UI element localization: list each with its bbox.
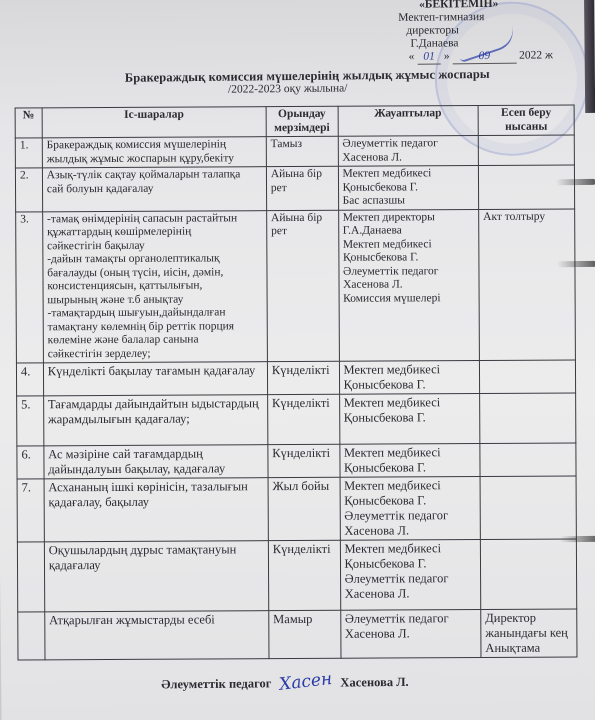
cell-responsible-line: Бас аспазшы (343, 194, 475, 208)
cell-responsible: Мектеп медбикесіҚоныcбекова Г.Әлеуметтік… (340, 477, 481, 541)
cell-report (480, 393, 576, 444)
header-report: Есеп беру нысаны (478, 105, 574, 136)
scan-smudge (557, 261, 595, 267)
cell-report-line: Акт толтыру (483, 210, 570, 224)
cell-activity-line: -тамақ өнімдерінің сапасын растайтын (47, 212, 262, 227)
cell-responsible: Әлеуметтік педагогХасенова Л. (340, 610, 481, 659)
cell-term-line: Тамыз (271, 138, 334, 152)
cell-responsible-line: Хасенова Л. (343, 278, 475, 292)
cell-report-line: Анықтама (485, 641, 572, 656)
header-no: № (15, 108, 42, 138)
table-row: 1.Бракераждық комиссия мүшелерініңжылдық… (15, 135, 574, 168)
cell-no: 7. (17, 479, 44, 542)
table-row: 7.Асхананың ішкі көрінісін, тазалығынқад… (17, 476, 576, 542)
cell-term-line: рет (271, 225, 334, 239)
cell-responsible-line: Әлеуметтік педагог (344, 508, 476, 524)
cell-report (478, 135, 574, 166)
cell-responsible: Мектеп медбикесіҚоныcбекова Г. (339, 444, 480, 478)
cell-activity-line: -тамақтардың шығуын,дайындалған (47, 306, 262, 321)
table-row: 4.Күнделікті бақылау тағамын қадағалауКү… (16, 360, 575, 396)
approval-day: 01 (417, 50, 441, 64)
cell-report (480, 539, 576, 610)
cell-activity-line: Тағамдарды дайындайтын ыдыстардың (48, 396, 263, 412)
cell-term-line: Жыл бойы (272, 479, 335, 494)
cell-responsible-line: Мектеп директоры (343, 211, 475, 225)
cell-activity: Оқушылардың дұрыс тамақтануынқадағалау (44, 541, 268, 612)
paper-edge-shadow (584, 0, 595, 113)
cell-activity-line: -дайын тамақты органолептикалық (47, 252, 262, 267)
cell-activity-line: Азық-түлік сақтау қоймаларын талапқа (47, 168, 262, 183)
cell-responsible-line: Мектеп медбикесі (344, 395, 476, 411)
footer-name: Хасенова Л. (340, 675, 408, 691)
cell-responsible-line: Хасенова Л. (345, 626, 477, 642)
approval-year: 2022 ж (519, 49, 553, 62)
cell-responsible: Мектеп медбикесіҚоныcбекова Г.Бас аспазш… (338, 166, 479, 210)
cell-activity-line: шырының және т.б анықтау (47, 293, 262, 308)
cell-responsible-line: Мектеп медбикесі (343, 238, 475, 252)
cell-responsible-line: Хасенова Л. (342, 151, 474, 165)
approval-block: «БЕКІТЕМІН» Мектеп-гимназия директоры Г.… (394, 0, 580, 65)
cell-report-line: Директор (485, 611, 572, 626)
header-responsible: Жауаптылар (338, 106, 479, 137)
scan-smudge (556, 179, 595, 185)
cell-activity-line: Оқушылардың дұрыс тамақтануын (49, 542, 264, 558)
cell-activity: Ас мәзіріне сай тағамдардыңдайындалуын б… (44, 445, 268, 479)
cell-term: Тамыз (266, 136, 338, 166)
cell-activity: Күнделікті бақылау тағамын қадағалау (43, 362, 267, 396)
cell-activity-line: көлеміне және балалар санына (48, 333, 263, 348)
cell-responsible: Мектеп директорыГ.А.ДанаеваМектеп медбик… (338, 209, 479, 361)
cell-responsible-line: Хасенова Л. (344, 523, 476, 539)
cell-responsible-line: Қоныcбекова Г. (344, 410, 476, 426)
cell-report (478, 165, 574, 209)
cell-activity: Азық-түлік сақтау қоймаларын талапқасай … (42, 167, 266, 212)
cell-term: Күнделікті (267, 361, 339, 394)
header-term: Орындау мерзімдері (266, 106, 338, 136)
header-term-line2: мерзімдері (271, 121, 334, 135)
table-row: 6.Ас мәзіріне сай тағамдардыңдайындалуын… (17, 443, 576, 479)
cell-activity-line: құжаттардың көшірмелерінің (47, 225, 262, 240)
table-row: 5.Тағамдарды дайындайтын ыдыстардыңжарам… (17, 393, 576, 446)
cell-term: Күнделікті (268, 444, 340, 477)
cell-responsible-line: Мектеп медбикесі (344, 541, 476, 557)
cell-activity-line: Ас мәзіріне сай тағамдардың (48, 446, 263, 462)
cell-activity-line: сәйкестігін бақылау (47, 239, 262, 254)
cell-term: Мамыр (269, 610, 341, 658)
approval-month: 09 (453, 50, 517, 65)
cell-term: Айына біррет (266, 166, 338, 210)
cell-activity-line: сәйкестігін зерделеу; (48, 347, 263, 362)
cell-responsible-line: Қоныcбекова Г. (344, 460, 476, 476)
document-page: «БЕКІТЕМІН» Мектеп-гимназия директоры Г.… (0, 0, 595, 720)
cell-report (479, 360, 575, 394)
cell-responsible-line: Мектеп медбикесі (344, 478, 476, 494)
cell-no: 4. (16, 363, 43, 396)
cell-responsible: Мектеп медбикесіҚоныcбекова Г. (339, 394, 480, 445)
cell-responsible-line: Мектеп медбикесі (343, 362, 475, 378)
table-row: 2.Азық-түлік сақтау қоймаларын талапқаса… (15, 165, 574, 211)
cell-activity: Атқарылған жұмыстарды есебі (45, 611, 269, 660)
handwritten-signature: Хасен (278, 669, 333, 695)
cell-term: Айына біррет (267, 210, 339, 362)
document-subtitle: /2022-2023 оқу жылына/ (228, 82, 348, 95)
cell-responsible-line: Әлеуметтік педагог (342, 137, 474, 151)
cell-activity: Асхананың ішкі көрінісін, тазалығынқадағ… (44, 478, 268, 542)
cell-activity-line: Атқарылған жұмыстарды есебі (49, 612, 264, 628)
cell-activity-line: дайындалуын бақылау, қадағалау (48, 461, 263, 477)
cell-activity-line: консистенциясын, қаттылығын, (47, 279, 262, 294)
cell-responsible-line: Қоныcбекова Г. (343, 181, 475, 195)
header-term-line1: Орындау (270, 108, 333, 122)
cell-term-line: Күнделікті (273, 542, 336, 557)
cell-responsible-line: Г.А.Данаева (343, 224, 475, 238)
cell-term-line: Мамыр (273, 612, 336, 627)
cell-activity-line: жарамдылығын қадағалау; (48, 411, 263, 427)
cell-responsible-line: Мектеп медбикесі (344, 445, 476, 461)
cell-activity-line: Күнделікті бақылау тағамын қадағалау (48, 363, 263, 379)
table-header-row: № Іс-шаралар Орындау мерзімдері Жауаптыл… (15, 105, 574, 138)
cell-responsible-line: Қоныcбекова Г. (344, 556, 476, 572)
cell-activity-line: Бракераждық комиссия мүшелерінің (47, 138, 262, 153)
cell-term: Жыл бойы (268, 477, 340, 540)
cell-report: Акт толтыру (479, 209, 576, 361)
cell-term: Күнделікті (268, 540, 340, 610)
cell-report (480, 476, 576, 540)
cell-activity-line: жылдық жұмыс жоспарын құру,бекіту (47, 152, 262, 167)
cell-activity-line: қадағалау (49, 557, 264, 573)
cell-responsible: Әлеуметтік педагогХасенова Л. (338, 136, 479, 167)
cell-term-line: Айына бір (271, 211, 334, 225)
cell-report: Директоржанындағы кеңАнықтама (481, 609, 577, 658)
cell-no (17, 542, 44, 612)
cell-no: 3. (16, 211, 44, 363)
cell-term-line: Айына бір (271, 168, 334, 182)
cell-activity-line: тамақтану көлемнің бір реттік порция (48, 320, 263, 335)
cell-responsible-line: Мектеп медбикесі (342, 167, 474, 181)
cell-responsible-line: Әлеуметтік педагог (345, 611, 477, 627)
cell-activity: Бракераждық комиссия мүшелерініңжылдық ж… (42, 137, 266, 168)
cell-activity-line: қадағалау, бақылау (48, 494, 263, 510)
cell-responsible: Мектеп медбикесіҚоныcбекова Г.Әлеуметтік… (340, 540, 481, 611)
approval-date: «01» 09 2022 ж (395, 49, 580, 65)
cell-activity-line: сай болуын қадағалау (47, 182, 262, 197)
table-row: Оқушылардың дұрыс тамақтануынқадағалауКү… (17, 539, 576, 612)
cell-term-line: Күнделікті (272, 363, 335, 378)
cell-no: 5. (17, 396, 44, 446)
cell-no (18, 612, 45, 660)
cell-term: Күнделікті (267, 394, 339, 444)
plan-table: № Іс-шаралар Орындау мерзімдері Жауаптыл… (15, 105, 578, 661)
cell-responsible-line: Әлеуметтік педагог (343, 265, 475, 279)
cell-responsible-line: Хасенова Л. (345, 586, 477, 602)
cell-responsible-line: Комиссия мүшелері (343, 292, 475, 306)
cell-responsible-line: Қоныcбекова Г. (344, 377, 476, 393)
cell-responsible-line: Әлеуметтік педагог (345, 571, 477, 587)
cell-responsible-line: Қоныcбекова Г. (344, 493, 476, 509)
footer-signature-line: Әлеуметтік педагог Хасен Хасенова Л. (161, 671, 409, 694)
footer-role: Әлеуметтік педагог (161, 676, 271, 692)
cell-term-line: рет (271, 181, 334, 195)
cell-term-line: Күнделікті (272, 396, 335, 411)
cell-responsible-line: Қоныcбекова Г. (343, 251, 475, 265)
cell-report (480, 443, 576, 477)
cell-activity-line: Асхананың ішкі көрінісін, тазалығын (48, 479, 263, 495)
cell-activity-line: бағалауды (оның түсін, иісін, дәмін, (47, 266, 262, 281)
scan-smudge (560, 536, 595, 542)
cell-term-line: Күнделікті (272, 446, 335, 461)
cell-activity: Тағамдарды дайындайтын ыдыстардыңжарамды… (43, 395, 267, 446)
cell-responsible: Мектеп медбикесіҚоныcбекова Г. (339, 361, 480, 395)
table-row: 3.-тамақ өнімдерінің сапасын растайтынқұ… (16, 209, 576, 363)
cell-report-line: жанындағы кең (485, 626, 572, 641)
cell-no: 1. (15, 138, 42, 168)
cell-activity: -тамақ өнімдерінің сапасын растайтынқұжа… (42, 210, 267, 363)
table-row: Атқарылған жұмыстарды есебіМамырӘлеуметт… (18, 609, 577, 660)
cell-no: 6. (17, 446, 44, 479)
header-activity: Іс-шаралар (42, 107, 266, 138)
cell-no: 2. (15, 168, 42, 212)
